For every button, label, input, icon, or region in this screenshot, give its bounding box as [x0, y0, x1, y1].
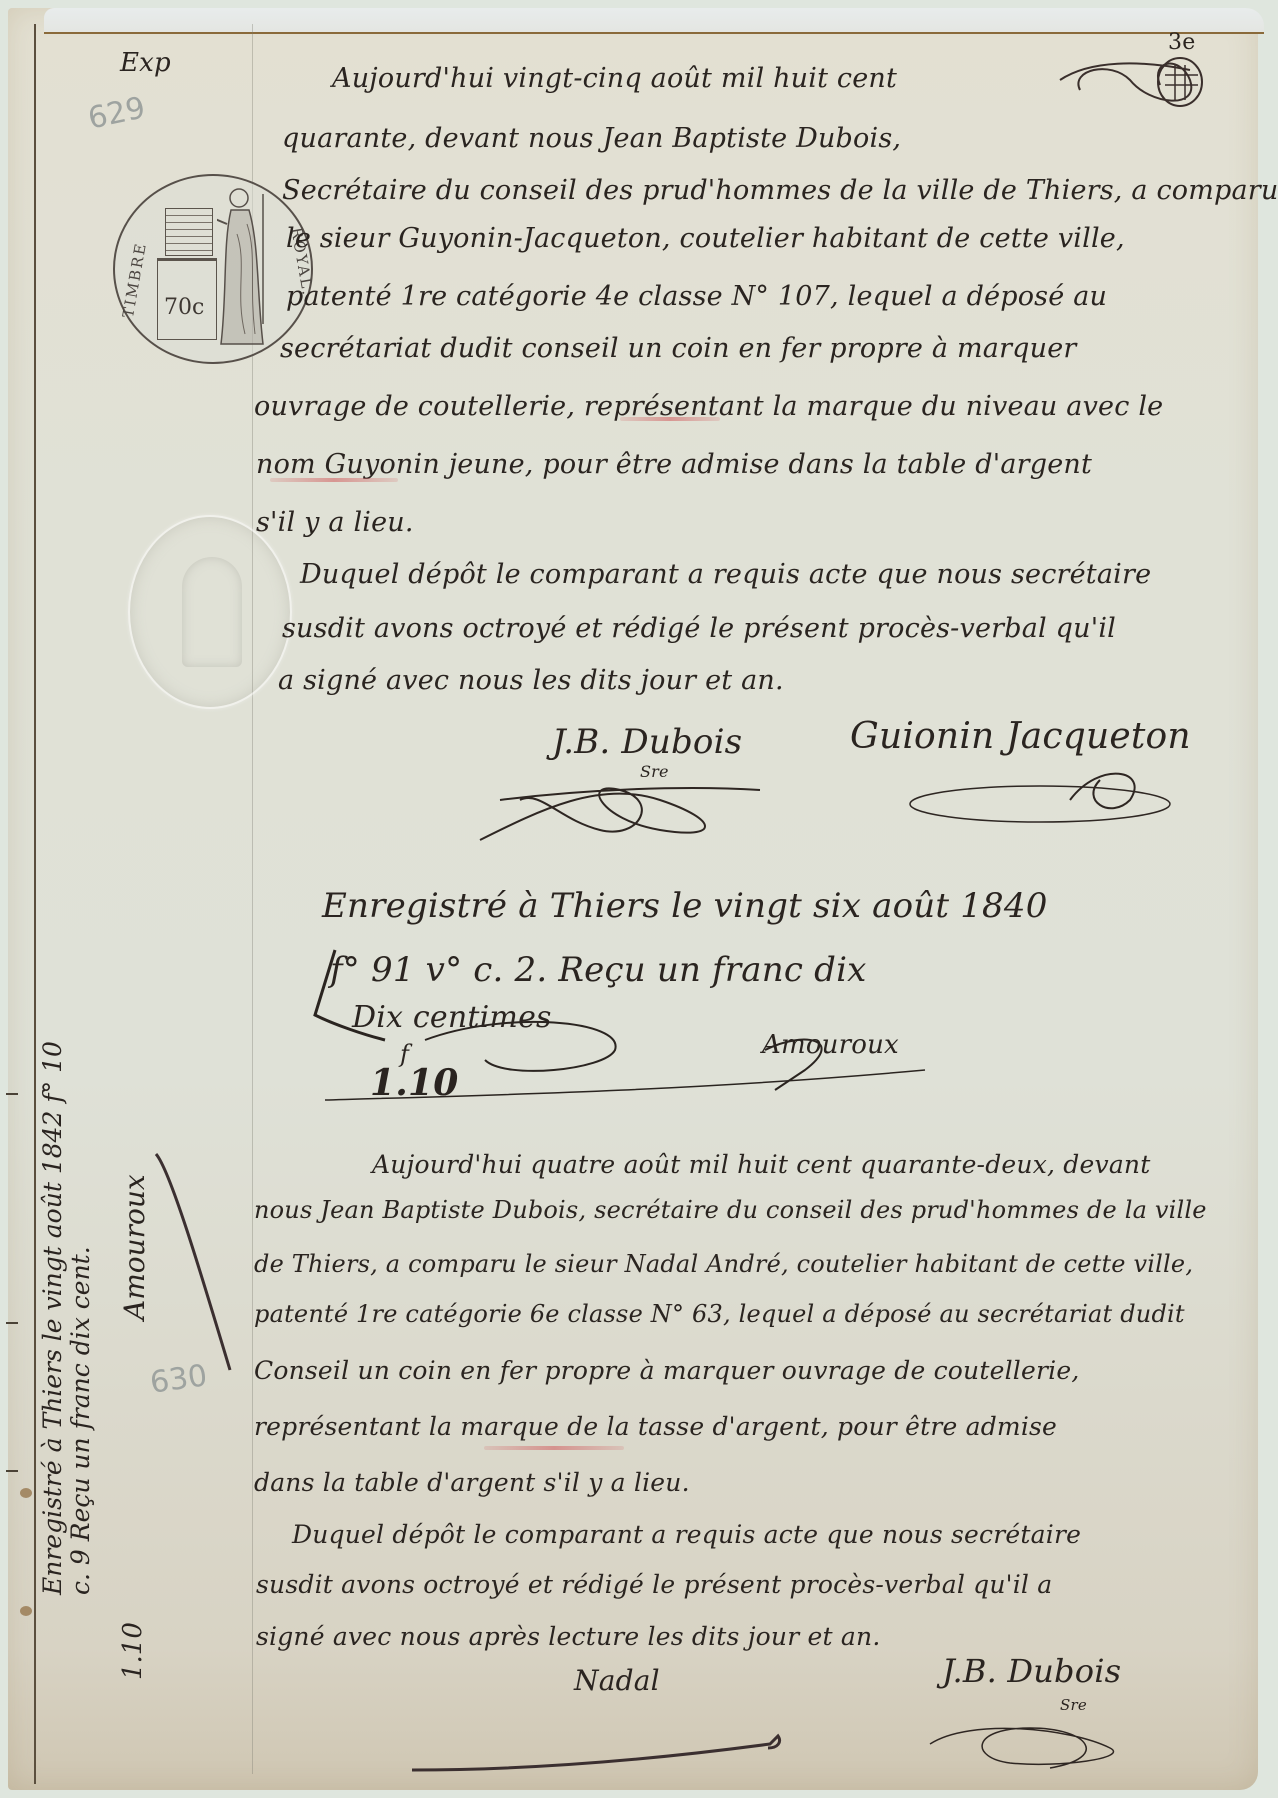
entry-1-line: nom Guyonin jeune, pour être admise dans… [256, 450, 1092, 480]
signature-guionin-jacqueton: Guionin Jacqueton [850, 716, 1191, 757]
red-underline-tasse [484, 1446, 624, 1450]
entry-1-line: Aujourd'hui vingt-cinq août mil huit cen… [332, 64, 897, 94]
entry-1-closing-line: Duquel dépôt le comparant a requis acte … [300, 560, 1151, 590]
paraph-flourish-icon [1050, 50, 1210, 124]
entry-2-line: représentant la marque de la tasse d'arg… [254, 1412, 1057, 1441]
binding-tick [6, 1322, 18, 1324]
registration-bracket-icon [305, 930, 945, 1134]
entry-2-closing-line: Duquel dépôt le comparant a requis acte … [292, 1520, 1081, 1549]
entry-1-line: s'il y a lieu. [256, 508, 414, 538]
entry-1-line: Secrétaire du conseil des prud'hommes de… [282, 176, 1278, 206]
stamp-text-timbre: TIMBRE [119, 241, 150, 320]
stamp-column: 70c [157, 258, 217, 340]
margin-vertical-registration-note: c. 9 Reçu un franc dix cent. [66, 1246, 95, 1595]
red-underline-niveau [620, 417, 720, 421]
entry-1-line: secrétariat dudit conseil un coin en fer… [280, 334, 1077, 364]
margin-note-exp: Exp [120, 48, 171, 78]
entry-2-closing-line: susdit avons octroyé et rédigé le présen… [256, 1570, 1052, 1599]
red-underline-name [270, 478, 398, 482]
binding-tick [6, 1093, 18, 1095]
entry-2-line: patenté 1re catégorie 6e classe N° 63, l… [254, 1300, 1185, 1328]
margin-pen-stroke-icon [150, 1150, 240, 1394]
signature-flourish-icon [900, 760, 1180, 834]
signature-flourish-icon [460, 770, 780, 854]
entry-2-line: dans la table d'argent s'il y a lieu. [254, 1468, 690, 1497]
law-tablet-icon [165, 208, 213, 256]
stamp-pedestal-icon: 70c [157, 196, 215, 344]
signature-dubois: J.B. Dubois [552, 722, 742, 762]
margin-vertical-registration-note: Enregistré à Thiers le vingt août 1842 f… [38, 1041, 67, 1595]
binding-hole [20, 1606, 32, 1616]
binding-spine-line [34, 24, 36, 1784]
signature-nadal: Nadal [574, 1664, 660, 1697]
binding-tick [6, 1470, 18, 1472]
binding-hole [20, 1488, 32, 1498]
entry-2-line: de Thiers, a comparu le sieur Nadal Andr… [254, 1250, 1193, 1278]
margin-vertical-signature: Amouroux [118, 1174, 151, 1320]
embossed-seal [128, 515, 292, 709]
entry-2-line: nous Jean Baptiste Dubois, secrétaire du… [254, 1196, 1207, 1224]
entry-2-line: Aujourd'hui quatre août mil huit cent qu… [372, 1150, 1150, 1179]
entry-2-line: Conseil un coin en fer propre à marquer … [254, 1356, 1079, 1385]
entry-1-line: patenté 1re catégorie 4e classe N° 107, … [286, 282, 1107, 312]
pen-stroke-icon [410, 1708, 1170, 1792]
seated-figure-emboss-icon [182, 557, 242, 667]
registration-line: Enregistré à Thiers le vingt six août 18… [322, 886, 1048, 926]
allegorical-figure-icon [217, 184, 271, 348]
stamp-value: 70c [164, 295, 204, 320]
signature-dubois: J.B. Dubois [942, 1652, 1121, 1690]
entry-1-line: quarante, devant nous Jean Baptiste Dubo… [282, 124, 901, 154]
entry-1-closing-line: susdit avons octroyé et rédigé le présen… [282, 614, 1116, 644]
page-top-edge [44, 8, 1264, 34]
entry-1-closing-line: a signé avec nous les dits jour et an. [278, 666, 784, 696]
margin-vertical-amount: 1.10 [118, 1622, 148, 1680]
entry-1-line: le sieur Guyonin-Jacqueton, coutelier ha… [286, 224, 1125, 254]
entry-2-closing-line: signé avec nous après lecture les dits j… [256, 1622, 880, 1651]
